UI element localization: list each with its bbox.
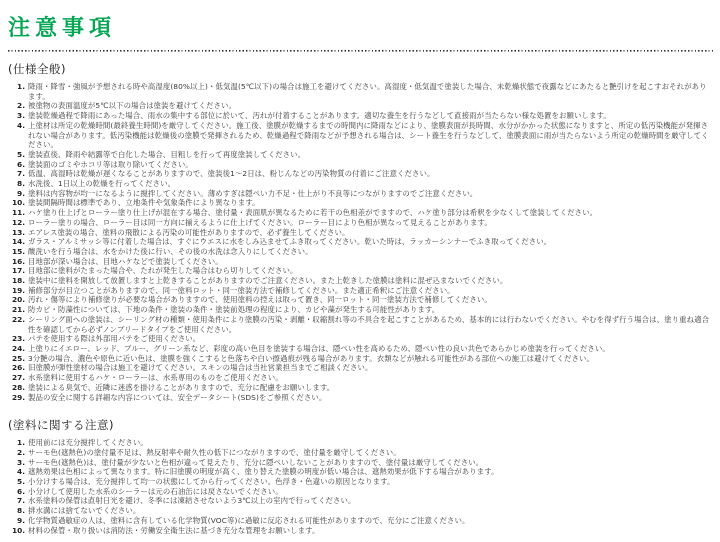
item-text: 降雨・降雪・強風が予想される時や高湿度(80%以上)・低気温(5℃以下)の場合は…: [28, 82, 714, 101]
item-text: 使用前には充分撹拌してください。: [28, 438, 714, 448]
item-number: 14.: [12, 237, 25, 247]
item-number: 19.: [12, 286, 25, 296]
list-item: 4. 遮熱効果は色相によって異なります。特に旧塗膜の明度が高く、塗り替えた塗膜の…: [12, 467, 714, 477]
item-text: 製品の安全に関する詳細な内容については、安全データシート(SDS)をご参照くださ…: [28, 393, 714, 403]
list-item: 23. パテを使用する際は外部用パテをご使用ください。: [12, 334, 714, 344]
item-number: 22.: [12, 315, 25, 325]
item-text: 汚れ・傷等により補修塗りが必要な場合がありますので、使用塗料の控えは取って置き、…: [28, 295, 714, 305]
section-heading: (仕様全般): [8, 62, 714, 77]
item-text: 補修部分が目立つことがありますので、同一塗料ロット・同一塗装方法で補修してくださ…: [28, 286, 714, 296]
list-item: 28. 塗装による臭気で、近隣に迷惑を掛けることがありますので、充分に配慮をお願…: [12, 383, 714, 393]
item-number: 1.: [12, 82, 25, 92]
item-number: 2.: [12, 101, 25, 111]
item-text: エアレス塗装の場合、塗料の飛散による汚染の可能性がありますので、必ず養生してくだ…: [28, 228, 714, 238]
item-number: 27.: [12, 373, 25, 383]
item-text: 被塗物の表面温度が5℃以下の場合は塗装を避けてください。: [28, 101, 714, 111]
title-divider: [8, 50, 714, 52]
list-item: 25. 3分艶の場合、濃色や原色に近い色は、塗膜を強くこすると色落ちや白い擦過痕…: [12, 354, 714, 364]
item-number: 3.: [12, 458, 25, 468]
item-number: 4.: [12, 121, 25, 131]
item-text: 塗装による臭気で、近隣に迷惑を掛けることがありますので、充分に配慮をお願いします…: [28, 383, 714, 393]
item-number: 7.: [12, 496, 25, 506]
notice-list-paint: 1. 使用前には充分撹拌してください。 2. サーモ色(遮熱色)の塗付量不足は、…: [12, 438, 714, 535]
item-text: 塗装乾燥過程で降雨にあった場合、雨水の集中する部位に於いて、汚れが付着することが…: [28, 111, 714, 121]
item-number: 20.: [12, 295, 25, 305]
item-text: パテを使用する際は外部用パテをご使用ください。: [28, 334, 714, 344]
item-text: 目地部が深い場合は、目地ハケなどで塗装してください。: [28, 257, 714, 267]
list-item: 10. 塗装間隔時間は標準であり、立地条件や気象条件により異なります。: [12, 198, 714, 208]
list-item: 7. 低温、高湿時は乾燥が遅くなることがありますので、塗装後1～2日は、粉じんな…: [12, 169, 714, 179]
list-item: 27. 水系塗料に使用するハケ・ローラーは、水系専用のものをご使用ください。: [12, 373, 714, 383]
item-number: 10.: [12, 198, 25, 208]
item-text: 低温、高湿時は乾燥が遅くなることがありますので、塗装後1～2日は、粉じんなどの汚…: [28, 169, 714, 179]
list-item: 29. 製品の安全に関する詳細な内容については、安全データシート(SDS)をご参…: [12, 393, 714, 403]
list-item: 7. 水系塗料の保管は直射日光を避け、冬季には凍結させないよう3℃以上の室内で行…: [12, 496, 714, 506]
item-number: 21.: [12, 305, 25, 315]
item-number: 16.: [12, 257, 25, 267]
item-text: サーモ色(遮熱色)は、塗付量が少ないと色相が違って見えたり、充分に隠ぺいしないこ…: [28, 458, 714, 468]
item-text: 小分けする場合は、充分撹拌して均一の状態にしてから行ってください。色浮き・色違い…: [28, 477, 714, 487]
list-item: 2. 被塗物の表面温度が5℃以下の場合は塗装を避けてください。: [12, 101, 714, 111]
item-text: 3分艶の場合、濃色や原色に近い色は、塗膜を強くこすると色落ちや白い擦過痕が残る場…: [28, 354, 714, 364]
list-item: 4. 上塗材は所定の乾燥時間(最終養生時間)を厳守してください。施工後、塗膜が乾…: [12, 121, 714, 150]
item-text: 小分けして使用した水系のシーラーは元の石油缶には戻さないでください。: [28, 487, 714, 497]
item-number: 8.: [12, 506, 25, 516]
item-number: 24.: [12, 344, 25, 354]
list-item: 15. 酸洗いを行う場合は、水をかけた後に行い、その後の水洗は念入りにしてくださ…: [12, 247, 714, 257]
section-paint-cautions: (塗料に関する注意) 1. 使用前には充分撹拌してください。 2. サーモ色(遮…: [8, 418, 714, 535]
item-number: 3.: [12, 111, 25, 121]
item-text: ローラー塗りの場合、ローラー目は同一方向に揃えるように仕上げてください。ローラー…: [28, 218, 714, 228]
list-item: 22. シーリング面への塗装は、シーリング材の種類・使用条件により塗膜の汚染・剥…: [12, 315, 714, 334]
item-text: 酸洗いを行う場合は、水をかけた後に行い、その後の水洗は念入りにしてください。: [28, 247, 714, 257]
list-item: 6. 小分けして使用した水系のシーラーは元の石油缶には戻さないでください。: [12, 487, 714, 497]
item-text: 塗装間隔時間は標準であり、立地条件や気象条件により異なります。: [28, 198, 714, 208]
list-item: 20. 汚れ・傷等により補修塗りが必要な場合がありますので、使用塗料の控えは取っ…: [12, 295, 714, 305]
item-number: 8.: [12, 179, 25, 189]
item-number: 1.: [12, 438, 25, 448]
item-text: 目地部に塗料がたまった場合や、たれが発生した場合はむら切りしてください。: [28, 266, 714, 276]
item-number: 25.: [12, 354, 25, 364]
item-number: 6.: [12, 160, 25, 170]
item-number: 13.: [12, 228, 25, 238]
list-item: 12. ローラー塗りの場合、ローラー目は同一方向に揃えるように仕上げてください。…: [12, 218, 714, 228]
list-item: 24. 上塗りにイエロー、レッド、ブルー、グリーン系など、彩度の高い色目を塗装す…: [12, 344, 714, 354]
item-text: 上塗りにイエロー、レッド、ブルー、グリーン系など、彩度の高い色目を塗装する場合は…: [28, 344, 714, 354]
item-number: 5.: [12, 477, 25, 487]
item-text: 材料の保管・取り扱いは消防法・労働安全衛生法に基づき充分な管理をお願いします。: [28, 526, 714, 536]
item-text: サーモ色(遮熱色)の塗付量不足は、熱反射率や耐久性の低下につながりますので、塗付…: [28, 448, 714, 458]
list-item: 16. 目地部が深い場合は、目地ハケなどで塗装してください。: [12, 257, 714, 267]
item-text: 水洗後、1日以上の乾燥を行ってください。: [28, 179, 714, 189]
item-number: 9.: [12, 189, 25, 199]
item-number: 18.: [12, 276, 25, 286]
list-item: 8. 水洗後、1日以上の乾燥を行ってください。: [12, 179, 714, 189]
item-text: 排水溝には捨てないでください。: [28, 506, 714, 516]
item-number: 7.: [12, 169, 25, 179]
item-text: 化学物質過敏症の人は、塗料に含有している化学物質(VOC等)に過敏に反応される可…: [28, 516, 714, 526]
item-number: 12.: [12, 218, 25, 228]
list-item: 9. 化学物質過敏症の人は、塗料に含有している化学物質(VOC等)に過敏に反応さ…: [12, 516, 714, 526]
item-number: 23.: [12, 334, 25, 344]
notice-list-general: 1. 降雨・降雪・強風が予想される時や高湿度(80%以上)・低気温(5℃以下)の…: [12, 82, 714, 402]
list-item: 10. 材料の保管・取り扱いは消防法・労働安全衛生法に基づき充分な管理をお願いし…: [12, 526, 714, 536]
item-text: 塗料は内容物が均一になるように撹拌してください。薄めすぎは隠ぺい力不足・仕上がり…: [28, 189, 714, 199]
item-number: 2.: [12, 448, 25, 458]
item-text: シーリング面への塗装は、シーリング材の種類・使用条件により塗膜の汚染・剥離・収縮…: [28, 315, 714, 334]
list-item: 5. 塗装直後、降雨や結露等で白化した場合、目粗しを行って再度塗装してください。: [12, 150, 714, 160]
list-item: 6. 塗装面のゴミやホコリ等は取り除いてください。: [12, 160, 714, 170]
section-general-specs: (仕様全般) 1. 降雨・降雪・強風が予想される時や高湿度(80%以上)・低気温…: [8, 62, 714, 402]
list-item: 26. 旧塗膜が弾性塗材の場合は施工を避けてください。スキンの場合は当社営業担当…: [12, 363, 714, 373]
list-item: 8. 排水溝には捨てないでください。: [12, 506, 714, 516]
item-text: 水系塗料の保管は直射日光を避け、冬季には凍結させないよう3℃以上の室内で行ってく…: [28, 496, 714, 506]
item-text: ハケ塗り仕上げとローラー塗り仕上げが混在する場合、塗付量・表面肌が異なるために若…: [28, 208, 714, 218]
list-item: 3. サーモ色(遮熱色)は、塗付量が少ないと色相が違って見えたり、充分に隠ぺいし…: [12, 458, 714, 468]
item-number: 10.: [12, 526, 25, 536]
item-text: 水系塗料に使用するハケ・ローラーは、水系専用のものをご使用ください。: [28, 373, 714, 383]
item-number: 17.: [12, 266, 25, 276]
list-item: 11. ハケ塗り仕上げとローラー塗り仕上げが混在する場合、塗付量・表面肌が異なる…: [12, 208, 714, 218]
item-text: ガラス・アルミサッシ等に付着した場合は、すぐにウエスに水をしみ込ませてふき取って…: [28, 237, 714, 247]
list-item: 9. 塗料は内容物が均一になるように撹拌してください。薄めすぎは隠ぺい力不足・仕…: [12, 189, 714, 199]
item-text: 上塗材は所定の乾燥時間(最終養生時間)を厳守してください。施工後、塗膜が乾燥する…: [28, 121, 714, 150]
notice-document: 注意事項 (仕様全般) 1. 降雨・降雪・強風が予想される時や高湿度(80%以上…: [0, 0, 720, 542]
list-item: 21. 防カビ・防藻性については、下地の条件・塗装の条件・塗装前処理の程度により…: [12, 305, 714, 315]
item-number: 9.: [12, 516, 25, 526]
item-number: 4.: [12, 467, 25, 477]
list-item: 3. 塗装乾燥過程で降雨にあった場合、雨水の集中する部位に於いて、汚れが付着する…: [12, 111, 714, 121]
list-item: 18. 塗装中に塗料を開放して放置しますと上乾きすることがありますのでご注意くだ…: [12, 276, 714, 286]
list-item: 5. 小分けする場合は、充分撹拌して均一の状態にしてから行ってください。色浮き・…: [12, 477, 714, 487]
list-item: 1. 降雨・降雪・強風が予想される時や高湿度(80%以上)・低気温(5℃以下)の…: [12, 82, 714, 101]
item-text: 防カビ・防藻性については、下地の条件・塗装の条件・塗装前処理の程度により、カビや…: [28, 305, 714, 315]
item-text: 塗装中に塗料を開放して放置しますと上乾きすることがありますのでご注意ください。ま…: [28, 276, 714, 286]
item-text: 遮熱効果は色相によって異なります。特に旧塗膜の明度が高く、塗り替えた塗膜の明度が…: [28, 467, 714, 477]
list-item: 13. エアレス塗装の場合、塗料の飛散による汚染の可能性がありますので、必ず養生…: [12, 228, 714, 238]
item-text: 塗装面のゴミやホコリ等は取り除いてください。: [28, 160, 714, 170]
list-item: 19. 補修部分が目立つことがありますので、同一塗料ロット・同一塗装方法で補修し…: [12, 286, 714, 296]
item-number: 11.: [12, 208, 25, 218]
item-number: 15.: [12, 247, 25, 257]
item-number: 28.: [12, 383, 25, 393]
item-text: 塗装直後、降雨や結露等で白化した場合、目粗しを行って再度塗装してください。: [28, 150, 714, 160]
list-item: 17. 目地部に塗料がたまった場合や、たれが発生した場合はむら切りしてください。: [12, 266, 714, 276]
list-item: 1. 使用前には充分撹拌してください。: [12, 438, 714, 448]
item-number: 5.: [12, 150, 25, 160]
list-item: 2. サーモ色(遮熱色)の塗付量不足は、熱反射率や耐久性の低下につながりますので…: [12, 448, 714, 458]
section-heading: (塗料に関する注意): [8, 418, 714, 433]
item-number: 29.: [12, 393, 25, 403]
item-number: 26.: [12, 363, 25, 373]
item-number: 6.: [12, 487, 25, 497]
item-text: 旧塗膜が弾性塗材の場合は施工を避けてください。スキンの場合は当社営業担当までご相…: [28, 363, 714, 373]
list-item: 14. ガラス・アルミサッシ等に付着した場合は、すぐにウエスに水をしみ込ませてふ…: [12, 237, 714, 247]
page-title: 注意事項: [8, 16, 714, 42]
